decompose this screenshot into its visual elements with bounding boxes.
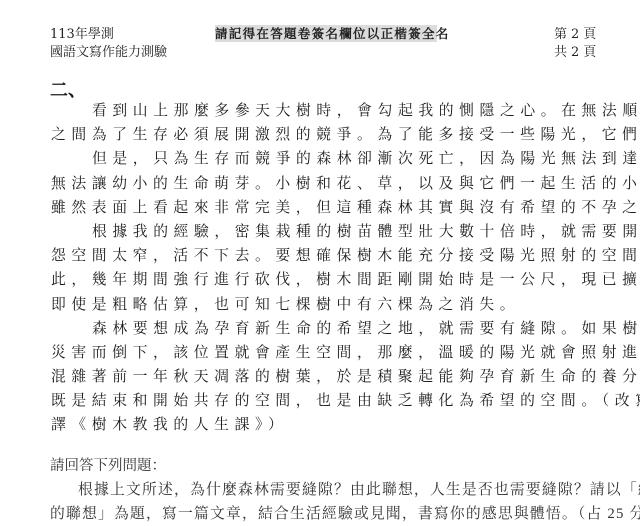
reading-passage: 看到山上那麼多參天大樹時，會勾起我的惻隱之心。在無法順暢呼吸的空間裡，樹木 之間…: [51, 99, 611, 438]
header-left: 113年學測 國語文寫作能力測驗: [50, 26, 167, 62]
page-current: 第2頁: [554, 26, 600, 44]
passage-line: 根據我的經驗，密集栽種的樹苗體型壯大數十倍時，就需要開始砍樹，否則樹木會抱: [51, 220, 611, 244]
signature-notice: 請記得在答題卷簽名欄位以正楷簽全名: [215, 25, 437, 42]
passage-line: 之間為了生存必須展開激烈的競爭。為了能多接受一些陽光，它們只能拼命向上生長。: [51, 123, 611, 147]
passage-line: 譯《樹木教我的人生課》）: [51, 413, 611, 437]
exam-subject: 國語文寫作能力測驗: [50, 44, 167, 62]
passage-line: 此，幾年期間強行進行砍伐，樹木間距剛開始時是一公尺，現已擴大到七公尺。也就是說，: [51, 268, 611, 292]
passage-line: 混雜著前一年秋天凋落的樹葉，於是積聚起能夠孕育新生命的養分。因此，樹木的縫隙，: [51, 365, 611, 389]
passage-line: 雖然表面上看起來非常完美，但這種森林其實與沒有希望的不孕之地無異。: [51, 196, 611, 220]
passage-line: 看到山上那麼多參天大樹時，會勾起我的惻隱之心。在無法順暢呼吸的空間裡，樹木: [51, 99, 611, 123]
passage-line: 但是，只為生存而競爭的森林卻漸次死亡，因為陽光無法到達地面，所以溫度不夠高，: [51, 147, 611, 171]
passage-line: 無法讓幼小的生命萌芽。小樹和花、草，以及與它們一起生活的小昆蟲沒有生存的空間。: [51, 172, 611, 196]
passage-line: 既是結束和開始共存的空間，也是由缺乏轉化為希望的空間。（改寫自禹鐘榮著、盧鴻金: [51, 389, 611, 413]
question-title: 請回答下列問題：: [50, 454, 620, 478]
passage-line: 即使是粗略估算，也可知七棵樹中有六棵為之消失。: [51, 293, 611, 317]
passage-line: 災害而倒下，該位置就會產生空間，那麼，溫暖的陽光就會照射進來，被陽光照射的地面: [51, 341, 611, 365]
question-block: 請回答下列問題： 根據上文所述，為什麼森林需要縫隙？由此聯想，人生是否也需要縫隙…: [50, 454, 620, 526]
exam-year: 113年學測: [50, 26, 167, 44]
question-line: 根據上文所述，為什麼森林需要縫隙？由此聯想，人生是否也需要縫隙？請以「縫隙: [50, 478, 620, 502]
passage-line: 怨空間太窄，活不下去。要想確保樹木能充分接受陽光照射的空間，就必須做出犧牲。因: [51, 244, 611, 268]
passage-line: 森林要想成為孕育新生命的希望之地，就需要有縫隙。如果樹木壽命結束或因為意外: [51, 317, 611, 341]
page-indicator: 第2頁 共2頁: [554, 26, 600, 62]
page-total: 共2頁: [554, 44, 600, 62]
question-line: 的聯想」為題，寫一篇文章，結合生活經驗或見聞，書寫你的感思與體悟。（占 25 分…: [50, 502, 620, 526]
